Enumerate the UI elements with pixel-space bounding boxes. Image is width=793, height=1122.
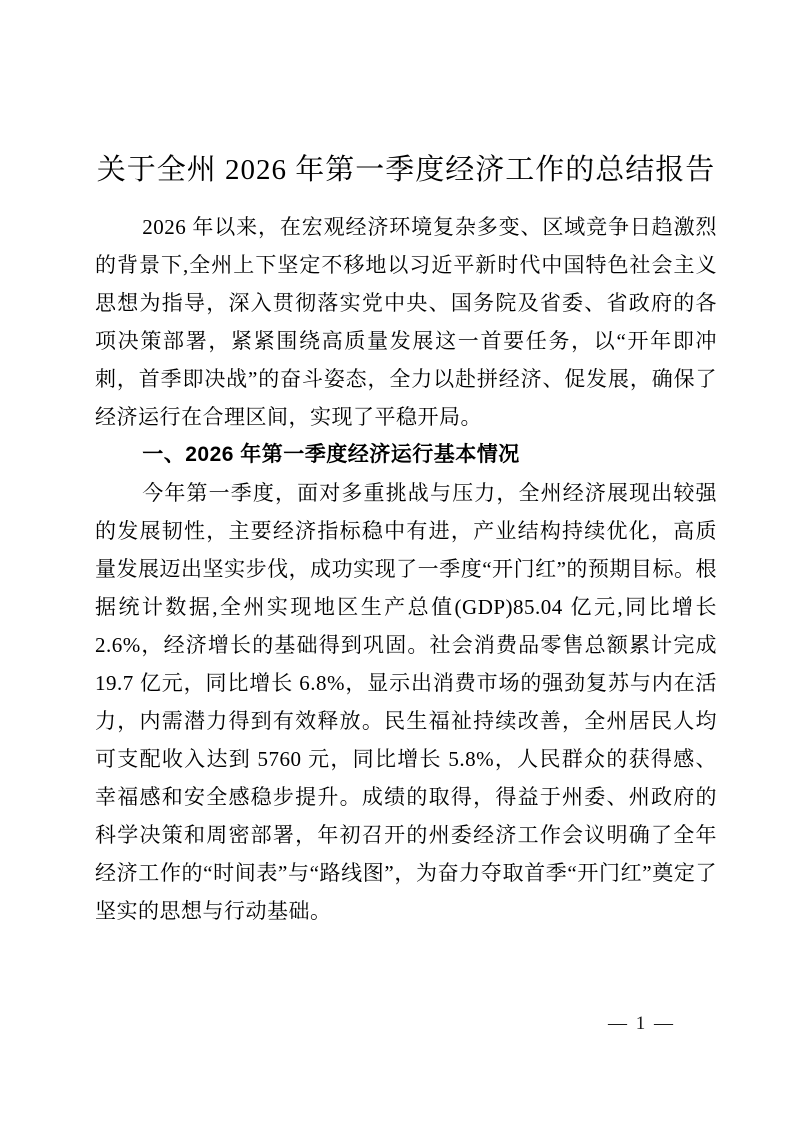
intro-paragraph: 2026 年以来，在宏观经济环境复杂多变、区域竞争日趋激烈的背景下,全州上下坚定… bbox=[95, 208, 717, 436]
page-number: — 1 — bbox=[608, 1012, 675, 1036]
document-page: 关于全州 2026 年第一季度经济工作的总结报告 2026 年以来，在宏观经济环… bbox=[0, 0, 793, 1122]
document-content: 关于全州 2026 年第一季度经济工作的总结报告 2026 年以来，在宏观经济环… bbox=[95, 143, 717, 930]
section-1-heading: 一、2026 年第一季度经济运行基本情况 bbox=[95, 436, 717, 474]
section-1-paragraph: 今年第一季度，面对多重挑战与压力，全州经济展现出较强的发展韧性，主要经济指标稳中… bbox=[95, 474, 717, 930]
document-title: 关于全州 2026 年第一季度经济工作的总结报告 bbox=[95, 143, 717, 198]
